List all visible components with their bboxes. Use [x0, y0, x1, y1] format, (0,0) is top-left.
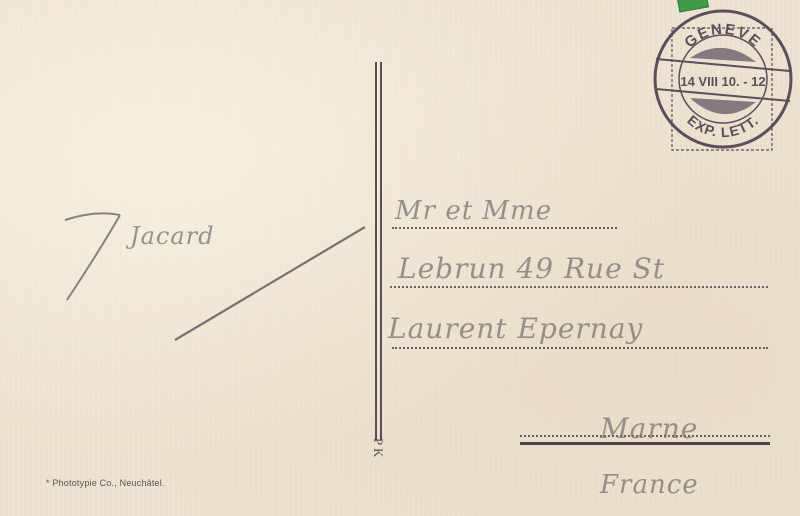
- postmark: GENEVE 14 VIII 10. - 12 EXP. LETT.: [650, 6, 796, 152]
- address-line-2: Lebrun 49 Rue St: [398, 252, 665, 285]
- address-line-4: Marne: [600, 412, 698, 445]
- svg-text:GENEVE: GENEVE: [681, 21, 764, 52]
- address-line-1: Mr et Mme: [395, 196, 552, 226]
- postcard-back: GENEVE 14 VIII 10. - 12 EXP. LETT. Jacar…: [0, 0, 800, 516]
- address-line-5: France: [600, 470, 699, 500]
- publisher-imprint: * Phototypie Co., Neuchâtel.: [46, 478, 165, 488]
- postmark-icon: GENEVE 14 VIII 10. - 12 EXP. LETT.: [650, 6, 796, 152]
- address-line-1-rule: [392, 227, 617, 229]
- address-line-3: Laurent Epernay: [388, 312, 643, 345]
- address-line-2-rule: [390, 286, 768, 288]
- svg-text:14 VIII 10. - 12: 14 VIII 10. - 12: [680, 74, 765, 89]
- svg-text:EXP. LETT.: EXP. LETT.: [684, 112, 761, 140]
- divider-mark: P K: [372, 438, 386, 472]
- address-line-3-rule: [392, 347, 768, 349]
- signature-strokes: [55, 190, 375, 350]
- center-divider: [375, 62, 382, 440]
- signature-text: Jacard: [130, 222, 215, 250]
